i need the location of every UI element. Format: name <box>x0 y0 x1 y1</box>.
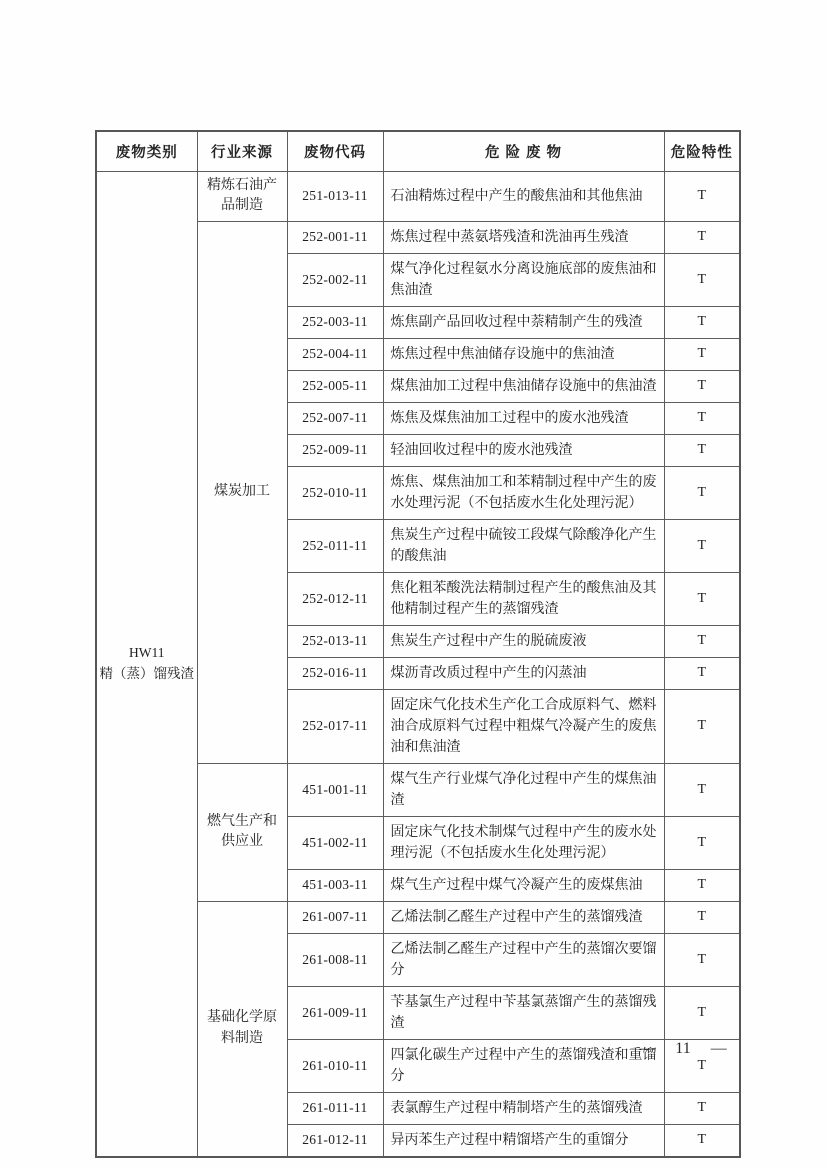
hazard-property-cell: T <box>664 657 740 689</box>
waste-code-cell: 451-003-11 <box>287 869 383 901</box>
hazard-property-cell: T <box>664 402 740 434</box>
waste-code-cell: 252-001-11 <box>287 221 383 253</box>
waste-code-cell: 261-010-11 <box>287 1039 383 1092</box>
header-industry-source: 行业来源 <box>197 131 287 172</box>
waste-code-cell: 252-013-11 <box>287 625 383 657</box>
hazard-property-cell: T <box>664 306 740 338</box>
waste-description-cell: 苄基氯生产过程中苄基氯蒸馏产生的蒸馏残渣 <box>383 986 664 1039</box>
waste-description-cell: 炼焦副产品回收过程中萘精制产生的残渣 <box>383 306 664 338</box>
hazardous-waste-table-container: 废物类别 行业来源 废物代码 危 险 废 物 危险特性 HW11精（蒸）馏残渣精… <box>95 130 739 1158</box>
category-cell: HW11精（蒸）馏残渣 <box>96 172 197 1157</box>
waste-description-cell: 固定床气化技术生产化工合成原料气、燃料油合成原料气过程中粗煤气冷凝产生的废焦油和… <box>383 689 664 763</box>
waste-code-cell: 252-005-11 <box>287 370 383 402</box>
waste-code-cell: 252-016-11 <box>287 657 383 689</box>
table-row: HW11精（蒸）馏残渣精炼石油产品制造251-013-11石油精炼过程中产生的酸… <box>96 172 740 222</box>
waste-description-cell: 固定床气化技术制煤气过程中产生的废水处理污泥（不包括废水生化处理污泥） <box>383 816 664 869</box>
hazard-property-cell: T <box>664 221 740 253</box>
hazard-property-cell: T <box>664 689 740 763</box>
waste-code-cell: 252-017-11 <box>287 689 383 763</box>
waste-description-cell: 煤沥青改质过程中产生的闪蒸油 <box>383 657 664 689</box>
waste-description-cell: 煤气净化过程氨水分离设施底部的废焦油和焦油渣 <box>383 253 664 306</box>
hazard-property-cell: T <box>664 519 740 572</box>
waste-description-cell: 乙烯法制乙醛生产过程中产生的蒸馏残渣 <box>383 901 664 933</box>
hazard-property-cell: T <box>664 1092 740 1124</box>
waste-code-cell: 252-004-11 <box>287 338 383 370</box>
waste-code-cell: 261-011-11 <box>287 1092 383 1124</box>
table-header-row: 废物类别 行业来源 废物代码 危 险 废 物 危险特性 <box>96 131 740 172</box>
waste-code-cell: 451-002-11 <box>287 816 383 869</box>
hazard-property-cell: T <box>664 466 740 519</box>
waste-code-cell: 252-009-11 <box>287 434 383 466</box>
hazard-property-cell: T <box>664 172 740 222</box>
header-waste-code: 废物代码 <box>287 131 383 172</box>
industry-cell: 基础化学原料制造 <box>197 901 287 1157</box>
waste-code-cell: 451-001-11 <box>287 763 383 816</box>
hazard-property-cell: T <box>664 434 740 466</box>
industry-cell: 精炼石油产品制造 <box>197 172 287 222</box>
hazard-property-cell: T <box>664 572 740 625</box>
waste-description-cell: 乙烯法制乙醛生产过程中产生的蒸馏次要馏分 <box>383 933 664 986</box>
hazard-property-cell: T <box>664 933 740 986</box>
hazard-property-cell: T <box>664 816 740 869</box>
waste-description-cell: 焦化粗苯酸洗法精制过程产生的酸焦油及其他精制过程产生的蒸馏残渣 <box>383 572 664 625</box>
hazard-property-cell: T <box>664 901 740 933</box>
category-name: 精（蒸）馏残渣 <box>98 664 196 685</box>
waste-code-cell: 261-008-11 <box>287 933 383 986</box>
hazard-property-cell: T <box>664 1124 740 1157</box>
category-code: HW11 <box>98 643 196 664</box>
waste-description-cell: 表氯醇生产过程中精制塔产生的蒸馏残渣 <box>383 1092 664 1124</box>
waste-code-cell: 252-007-11 <box>287 402 383 434</box>
waste-description-cell: 石油精炼过程中产生的酸焦油和其他焦油 <box>383 172 664 222</box>
waste-description-cell: 轻油回收过程中的废水池残渣 <box>383 434 664 466</box>
industry-cell: 煤炭加工 <box>197 221 287 763</box>
waste-code-cell: 252-012-11 <box>287 572 383 625</box>
waste-description-cell: 炼焦及煤焦油加工过程中的废水池残渣 <box>383 402 664 434</box>
industry-cell: 燃气生产和供应业 <box>197 763 287 901</box>
waste-description-cell: 焦炭生产过程中硫铵工段煤气除酸净化产生的酸焦油 <box>383 519 664 572</box>
header-hazardous-waste: 危 险 废 物 <box>383 131 664 172</box>
page-number: — 11 — <box>618 1040 748 1058</box>
waste-description-cell: 炼焦、煤焦油加工和苯精制过程中产生的废水处理污泥（不包括废水生化处理污泥） <box>383 466 664 519</box>
hazard-property-cell: T <box>664 869 740 901</box>
waste-code-cell: 252-011-11 <box>287 519 383 572</box>
waste-description-cell: 异丙苯生产过程中精馏塔产生的重馏分 <box>383 1124 664 1157</box>
waste-description-cell: 煤气生产过程中煤气冷凝产生的废煤焦油 <box>383 869 664 901</box>
hazard-property-cell: T <box>664 253 740 306</box>
header-waste-category: 废物类别 <box>96 131 197 172</box>
waste-description-cell: 煤气生产行业煤气净化过程中产生的煤焦油渣 <box>383 763 664 816</box>
waste-code-cell: 261-012-11 <box>287 1124 383 1157</box>
hazardous-waste-table: 废物类别 行业来源 废物代码 危 险 废 物 危险特性 HW11精（蒸）馏残渣精… <box>95 130 741 1158</box>
waste-code-cell: 261-007-11 <box>287 901 383 933</box>
waste-code-cell: 261-009-11 <box>287 986 383 1039</box>
hazard-property-cell: T <box>664 986 740 1039</box>
waste-table-body: HW11精（蒸）馏残渣精炼石油产品制造251-013-11石油精炼过程中产生的酸… <box>96 172 740 1157</box>
waste-code-cell: 251-013-11 <box>287 172 383 222</box>
header-hazard-property: 危险特性 <box>664 131 740 172</box>
waste-code-cell: 252-003-11 <box>287 306 383 338</box>
hazard-property-cell: T <box>664 338 740 370</box>
document-page: 废物类别 行业来源 废物代码 危 险 废 物 危险特性 HW11精（蒸）馏残渣精… <box>0 0 826 1169</box>
waste-description-cell: 焦炭生产过程中产生的脱硫废液 <box>383 625 664 657</box>
hazard-property-cell: T <box>664 370 740 402</box>
hazard-property-cell: T <box>664 763 740 816</box>
waste-code-cell: 252-002-11 <box>287 253 383 306</box>
waste-description-cell: 煤焦油加工过程中焦油储存设施中的焦油渣 <box>383 370 664 402</box>
hazard-property-cell: T <box>664 625 740 657</box>
waste-code-cell: 252-010-11 <box>287 466 383 519</box>
waste-description-cell: 炼焦过程中焦油储存设施中的焦油渣 <box>383 338 664 370</box>
waste-description-cell: 炼焦过程中蒸氨塔残渣和洗油再生残渣 <box>383 221 664 253</box>
